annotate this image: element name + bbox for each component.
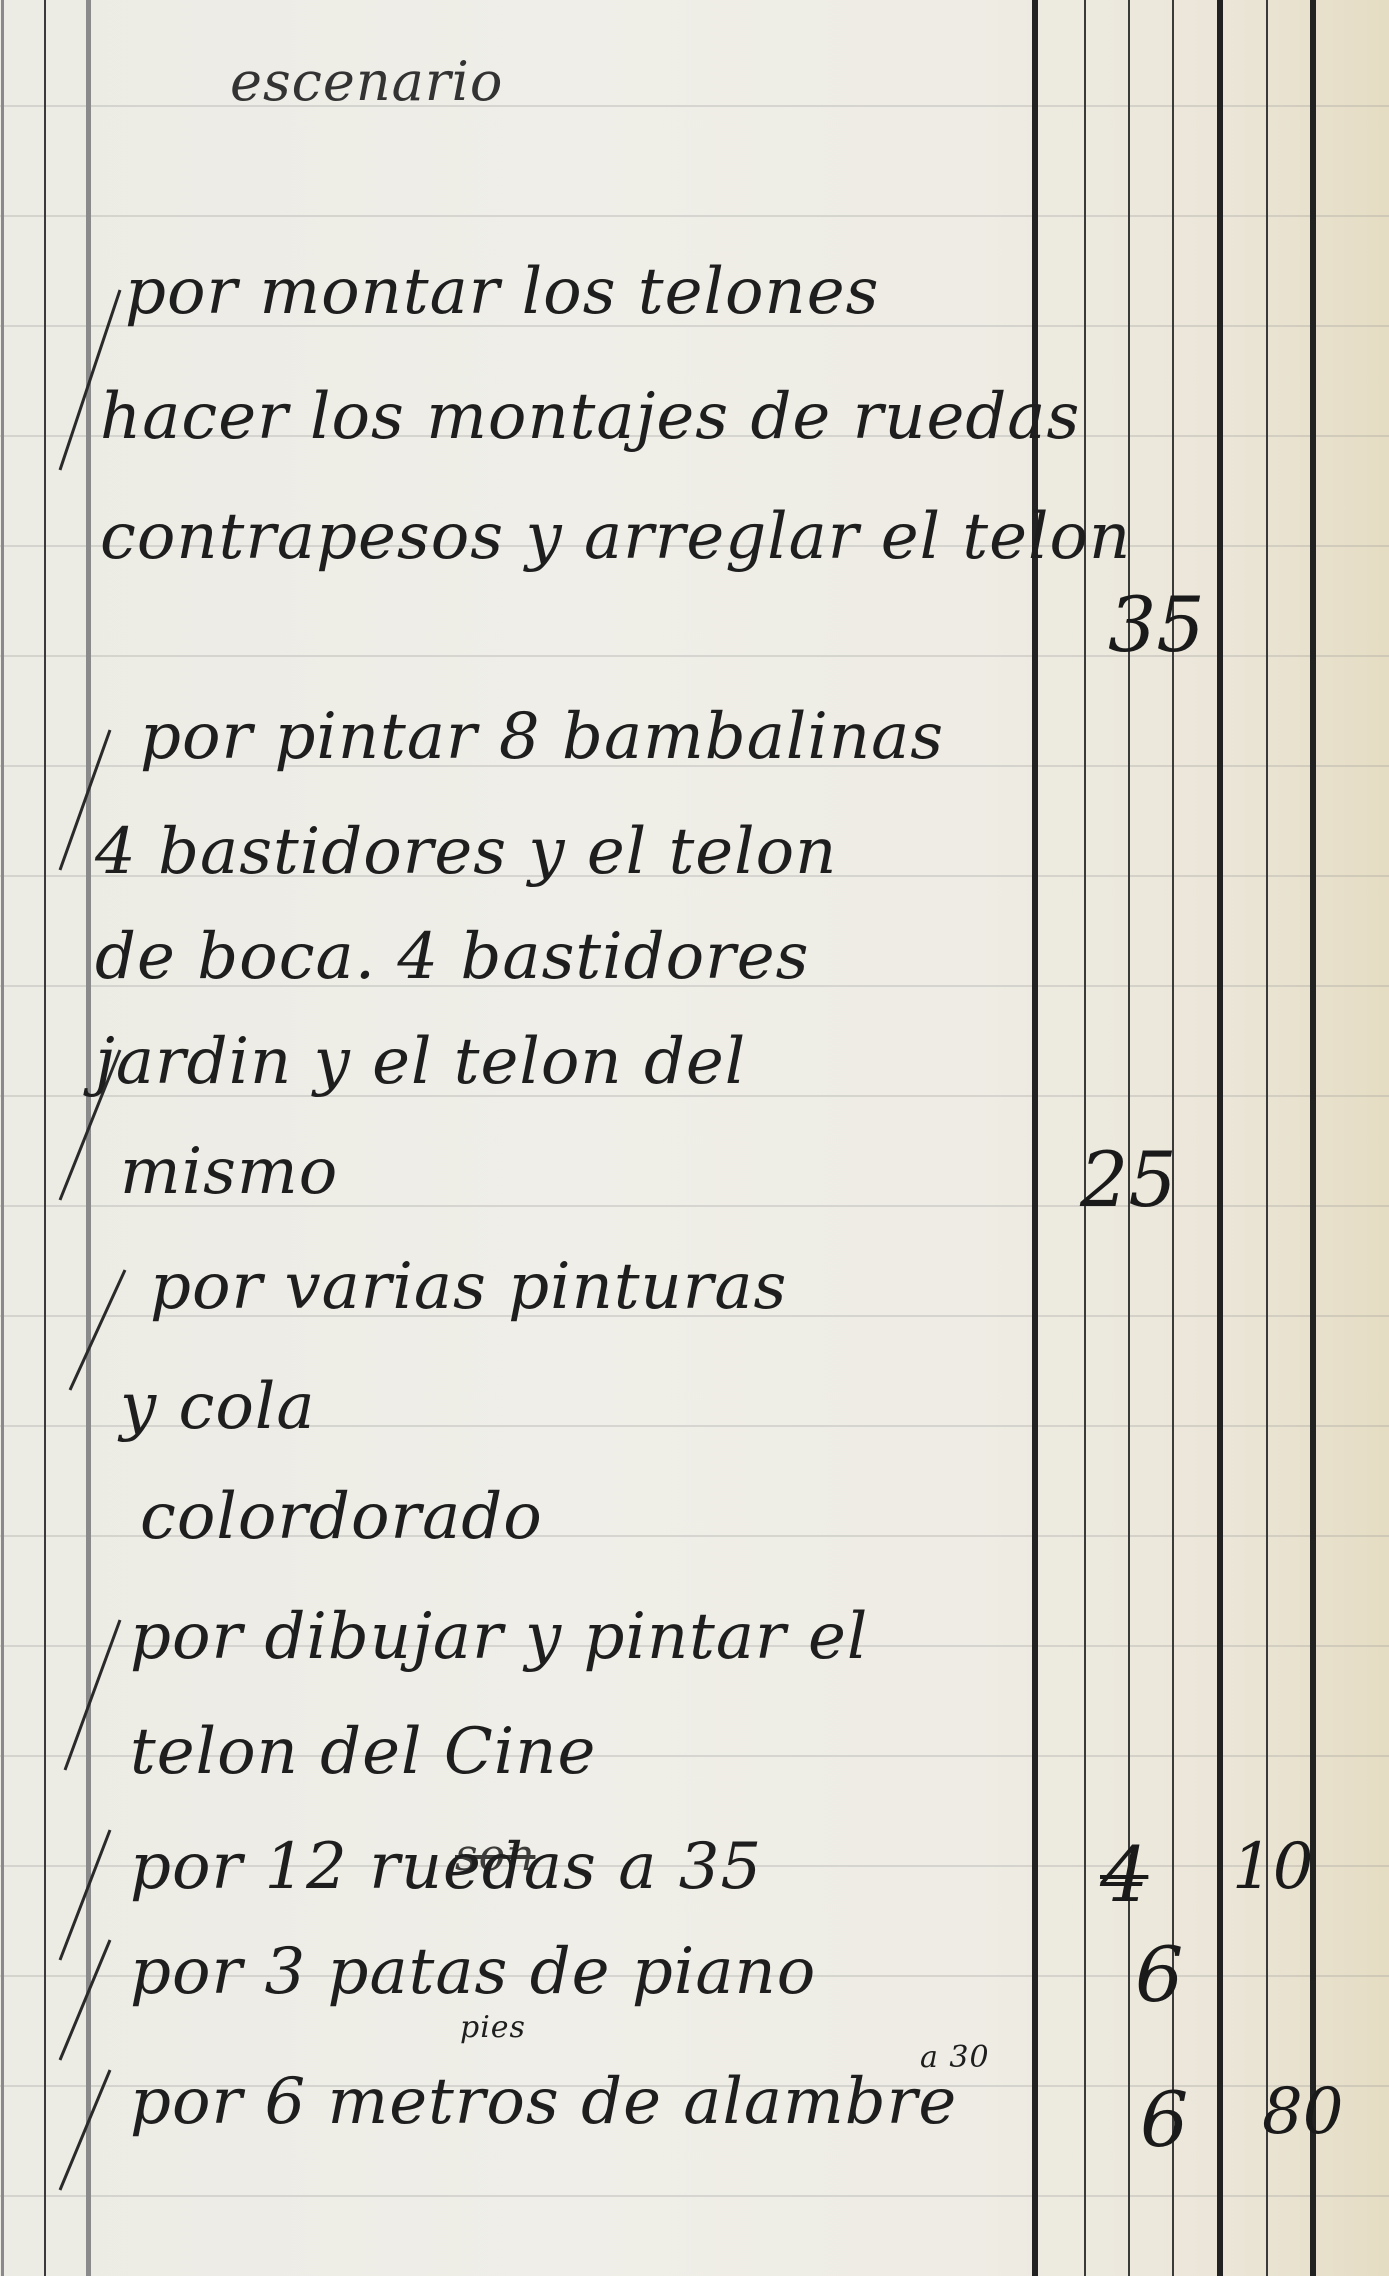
entry-line: jardin y el telon del xyxy=(95,1025,746,1099)
entry-line: hacer los montajes de ruedas xyxy=(100,380,1080,454)
entry-line: telon del Cine xyxy=(130,1715,596,1789)
amount-cents: 80 xyxy=(1262,2075,1343,2149)
margin-stroke-icon xyxy=(40,0,160,2276)
column-rule xyxy=(1217,0,1223,2276)
entry-line: por pintar 8 bambalinas xyxy=(140,700,944,774)
inserted-word: pies xyxy=(460,2010,526,2045)
column-rule xyxy=(1310,0,1316,2276)
entry-line: por montar los telones xyxy=(125,255,879,329)
ruled-line xyxy=(0,105,1389,107)
entry-line: de boca. 4 bastidores xyxy=(95,920,809,994)
entry-line: por 12 ruedas a 35 xyxy=(130,1830,762,1904)
ruled-line xyxy=(0,215,1389,217)
margin-rule xyxy=(1,0,4,2276)
page-heading: escenario xyxy=(230,50,503,113)
struck-word: son xyxy=(455,1830,535,1881)
entry-line: 4 bastidores y el telon xyxy=(95,815,837,889)
amount-cents: 10 xyxy=(1232,1830,1313,1904)
amount: 25 xyxy=(1080,1135,1177,1224)
entry-line: colordorado xyxy=(140,1480,543,1554)
amount: 35 xyxy=(1108,580,1205,669)
ledger-page: escenario por montar los telones hacer l… xyxy=(0,0,1389,2276)
entry-line: por varias pinturas xyxy=(150,1250,787,1324)
ruled-line xyxy=(0,2195,1389,2197)
entry-line: por 6 metros de alambre xyxy=(130,2065,957,2139)
amount: 6 xyxy=(1140,2075,1188,2164)
amount-struck: 4 xyxy=(1100,1830,1148,1919)
column-rule xyxy=(1032,0,1038,2276)
entry-line: por 3 patas de piano xyxy=(130,1935,816,2009)
entry-line: contrapesos y arreglar el telon xyxy=(100,500,1131,574)
amount: 6 xyxy=(1135,1930,1183,2019)
column-rule xyxy=(1266,0,1268,2276)
entry-line: por dibujar y pintar el xyxy=(130,1600,868,1674)
